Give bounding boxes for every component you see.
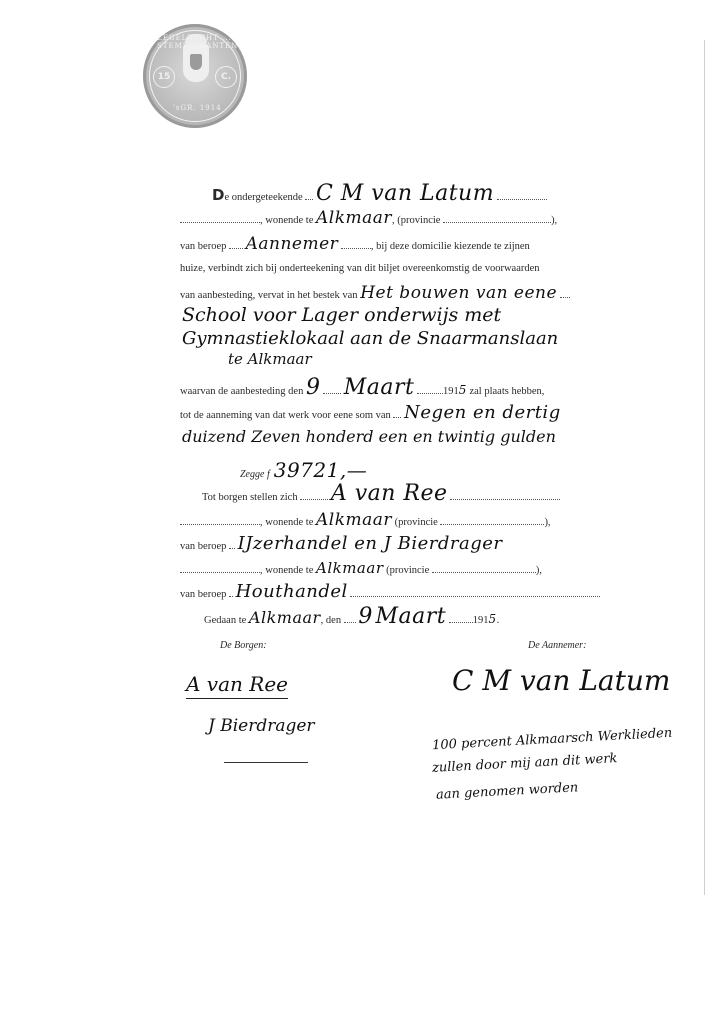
sum-label: tot de aanneming van dat werk voor eene … [180,410,391,421]
tender-date-label: waarvan de aanbesteding den [180,386,303,397]
provincie-label: (provincie [395,517,438,528]
annotation-line-2: zullen door mij aan dit werk [432,751,618,776]
surety-occupation-field[interactable]: IJzerhandel en J Bierdrager [238,533,503,554]
contractor-signature: C M van Latum [452,664,670,697]
contractor-signature-label: De Aannemer: [528,640,586,651]
form-line-4: huize, verbindt zich bij onderteekening … [180,258,646,280]
signature-underline [224,762,308,763]
intro-label: DDe ondergeteekendee ondergeteekende [212,192,303,203]
bestek-field-1[interactable]: Het bouwen van eene [360,283,557,303]
blank-field [180,208,260,223]
provincie-field[interactable] [443,208,551,223]
contractor-name-field[interactable]: C M van Latum [316,181,494,206]
form-line-residence: , wonende te Alkmaar, (provincie ), [180,207,646,229]
contractor-city-field[interactable]: Alkmaar [316,208,392,228]
contractor-occupation-field[interactable]: Aannemer [246,234,339,254]
provincie-close: ), [551,215,557,226]
bestek-field-4[interactable]: te Alkmaar [228,350,312,368]
terms-text: huize, verbindt zich bij onderteekening … [180,263,540,274]
wonende-label: , wonende te [260,215,313,226]
bestek-label: van aanbesteding, vervat in het bestek v… [180,290,358,301]
bestek-field-2[interactable]: School voor Lager onderwijs met [182,304,501,326]
wonende-label: , wonende te [260,565,313,576]
tender-year-hand[interactable]: 5 [459,383,467,397]
domicile-text: , bij deze domicilie kiezende te zijnen [371,241,530,252]
form-line-sum: tot de aanneming van dat werk voor eene … [180,402,646,424]
beroep-label: van beroep [180,541,226,552]
surety2-city-field[interactable]: Alkmaar [316,559,384,577]
sureties-label: Tot borgen stellen zich [202,492,298,503]
signed-month-field[interactable]: Maart [375,604,446,629]
sureties-signature-label: De Borgen: [220,640,267,651]
beroep-label: van beroep [180,241,226,252]
provincie-label: (provincie [386,565,429,576]
surety2-occupation-field[interactable]: Houthandel [236,581,348,602]
surety1-city-field[interactable]: Alkmaar [316,510,392,530]
tender-suffix: zal plaats hebben, [469,386,544,397]
period: . [497,615,500,626]
provincie-field[interactable] [432,558,536,573]
tender-year-printed: 191 [443,386,459,397]
provincie-field[interactable] [440,510,544,525]
form-line-surety2-residence: , wonende te Alkmaar (provincie ), [180,557,646,579]
form-line-signed: Gedaan te Alkmaar, den 9 Maart 1915. [180,606,646,628]
sum-words-field-1[interactable]: Negen en dertig [404,402,561,423]
form-line-tender-date: waarvan de aanbesteding den 9 Maart 1915… [180,377,646,399]
surety-name-field[interactable]: A van Ree [331,481,448,506]
seal-bottom-text: 'sGR. 1914 [173,104,222,112]
form-line-surety2-occupation: van beroep Houthandel [180,581,646,603]
form-line-surety1-occupation: van beroep IJzerhandel en J Bierdrager [180,533,646,555]
annotation-line-3: aan genomen worden [436,780,579,802]
signed-year-hand[interactable]: 5 [488,612,496,626]
surety2-signature: J Bierdrager [208,716,315,736]
provincie-close: ), [536,565,542,576]
signed-city-field[interactable]: Alkmaar [249,608,321,627]
provincie-close: ), [544,517,550,528]
zegge-amount-field[interactable]: 39721,— [274,458,367,482]
annotation-line-1: 100 percent Alkmaarsch Werklieden [432,726,673,754]
form-line-sureties: Tot borgen stellen zich A van Ree [180,483,646,505]
wonende-label: , wonende te [260,517,313,528]
provincie-label: , (provincie [392,215,440,226]
tender-month-field[interactable]: Maart [344,375,415,400]
zegge-label: Zegge f [240,469,270,480]
page-edge-rule [704,40,705,895]
revenue-stamp-seal: ZEGELRECHT ... STEMPELKANTEN 15 C. 'sGR.… [143,24,247,128]
signed-at-label: Gedaan te [204,615,246,626]
zegge-line: Zegge f 39721,— [240,458,367,482]
surety1-signature: A van Ree [186,672,288,699]
den-label: , den [321,615,341,626]
signed-day-field[interactable]: 9 [358,604,373,629]
bestek-field-3[interactable]: Gymnastieklokaal aan de Snaarmanslaan [182,328,558,349]
sum-words-field-2[interactable]: duizend Zeven honderd een en twintig gul… [182,427,556,446]
seal-value-right: C. [215,66,237,88]
beroep-label: van beroep [180,589,226,600]
form-line-occupation: van beroep Aannemer , bij deze domicilie… [180,233,646,255]
tender-day-field[interactable]: 9 [306,375,321,400]
form-line-5: van aanbesteding, vervat in het bestek v… [180,282,646,304]
signed-year-printed: 191 [473,615,489,626]
form-line-surety1-residence: , wonende te Alkmaar (provincie ), [180,509,646,531]
seal-top-text: ZEGELRECHT ... STEMPELKANTEN [157,34,247,50]
form-line-contractor: DDe ondergeteekendee ondergeteekende C M… [180,183,646,205]
seal-value-left: 15 [153,66,175,88]
